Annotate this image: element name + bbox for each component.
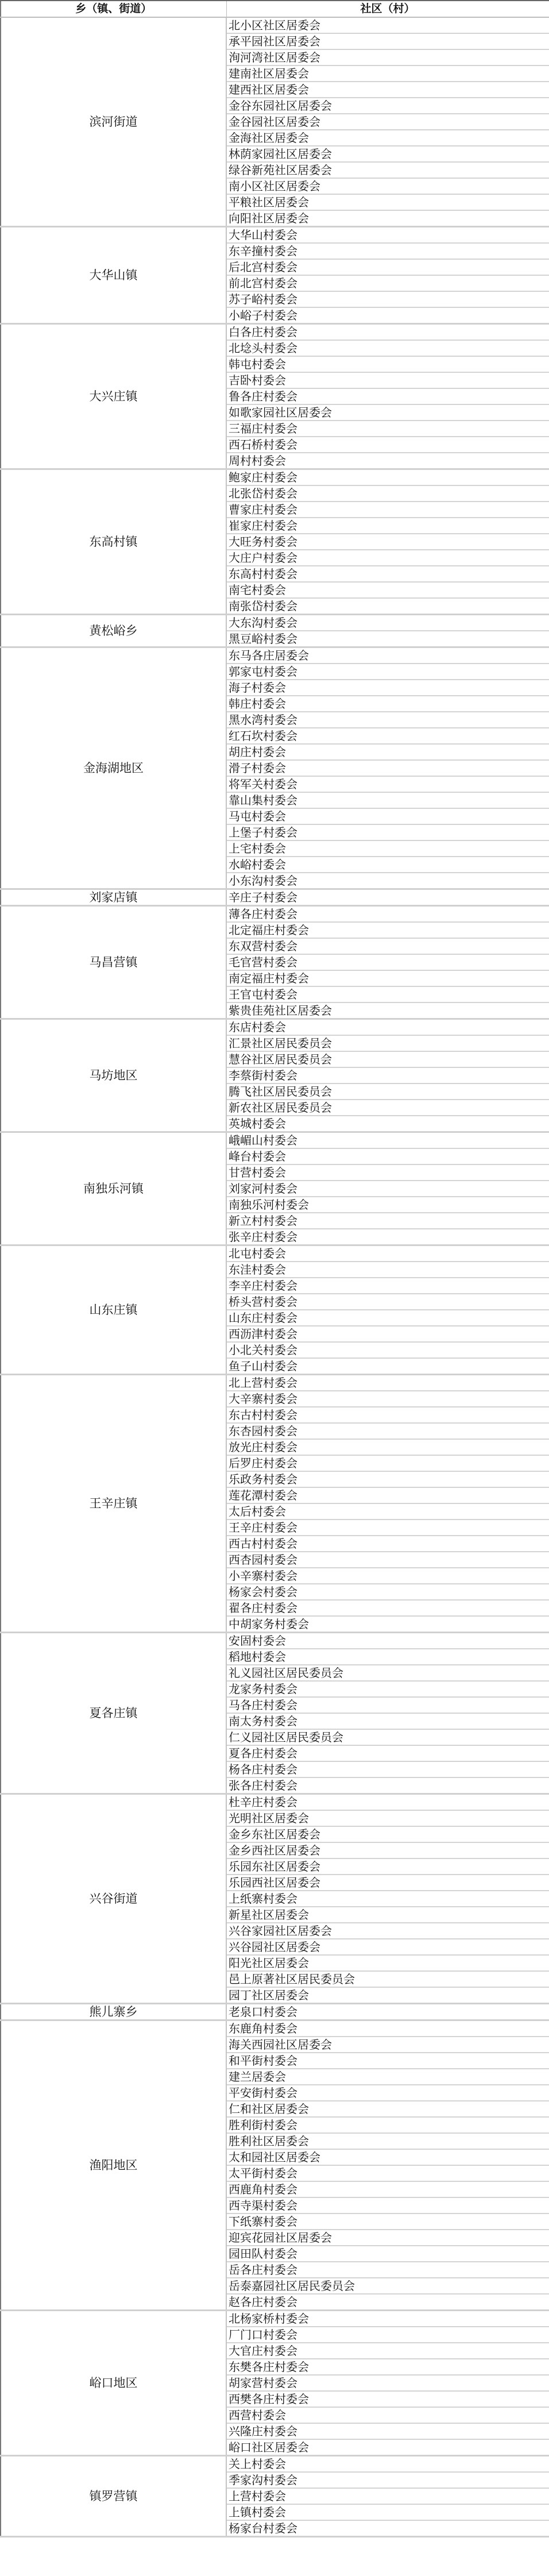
community-cell: 上营村委会	[226, 2488, 549, 2504]
community-cell: 鲁各庄村委会	[226, 388, 549, 404]
community-cell: 东杏园村委会	[226, 1423, 549, 1439]
community-cell: 英城村委会	[226, 1116, 549, 1132]
township-cell: 熊儿寨乡	[1, 2004, 226, 2020]
township-cell: 马昌营镇	[1, 906, 226, 1019]
community-cell: 建兰居委会	[226, 2069, 549, 2085]
community-cell: 海子村委会	[226, 680, 549, 696]
community-cell: 光明社区居委会	[226, 1810, 549, 1826]
community-cell: 后北宫村委会	[226, 259, 549, 275]
community-cell: 李蔡街村委会	[226, 1067, 549, 1083]
community-cell: 金乡东社区居委会	[226, 1826, 549, 1842]
community-cell: 北定福庄村委会	[226, 922, 549, 938]
township-cell: 大华山镇	[1, 227, 226, 324]
community-cell: 杜辛庄村委会	[226, 1794, 549, 1811]
table-row: 大华山镇大华山村委会	[1, 227, 549, 244]
community-cell: 安固村委会	[226, 1633, 549, 1649]
community-cell: 小辛寨村委会	[226, 1568, 549, 1584]
community-cell: 乐园西社区居委会	[226, 1875, 549, 1891]
community-cell: 南太务村委会	[226, 1713, 549, 1729]
community-cell: 韩屯村委会	[226, 356, 549, 372]
community-cell: 上宅村委会	[226, 840, 549, 857]
township-cell: 王辛庄镇	[1, 1375, 226, 1633]
township-cell: 山东庄镇	[1, 1245, 226, 1375]
header-row: 乡（镇、街道） 社区（村）	[1, 1, 549, 17]
community-cell: 西营村委会	[226, 2407, 549, 2423]
community-cell: 西沥津村委会	[226, 1326, 549, 1342]
community-cell: 北上营村委会	[226, 1375, 549, 1391]
township-cell: 南独乐河镇	[1, 1132, 226, 1245]
community-cell: 马屯村委会	[226, 808, 549, 824]
community-cell: 甘营村委会	[226, 1164, 549, 1181]
community-cell: 胜利社区居委会	[226, 2133, 549, 2149]
community-cell: 大东沟村委会	[226, 615, 549, 631]
community-cell: 东鹿角村委会	[226, 2020, 549, 2037]
community-cell: 西樊各庄村委会	[226, 2391, 549, 2407]
community-cell: 小峪子村委会	[226, 307, 549, 324]
community-cell: 仁义园社区居民委员会	[226, 1729, 549, 1745]
community-cell: 刘家河村委会	[226, 1181, 549, 1197]
township-cell: 黄松峪乡	[1, 615, 226, 647]
community-cell: 靠山集村委会	[226, 792, 549, 808]
community-cell: 峨嵋山村委会	[226, 1132, 549, 1149]
community-cell: 老泉口村委会	[226, 2004, 549, 2020]
community-cell: 大旺务村委会	[226, 534, 549, 550]
community-cell: 礼义园社区居民委员会	[226, 1665, 549, 1681]
community-cell: 西鹿角村委会	[226, 2181, 549, 2197]
township-cell: 马坊地区	[1, 1019, 226, 1132]
community-cell: 东店村委会	[226, 1019, 549, 1036]
table-row: 王辛庄镇北上营村委会	[1, 1375, 549, 1391]
community-cell: 下纸寨村委会	[226, 2213, 549, 2230]
community-cell: 兴隆庄村委会	[226, 2423, 549, 2439]
community-cell: 金乡西社区居委会	[226, 1842, 549, 1858]
community-cell: 东高村村委会	[226, 566, 549, 582]
community-cell: 和平街村委会	[226, 2053, 549, 2069]
community-cell: 东双营村委会	[226, 938, 549, 954]
table-row: 大兴庄镇白各庄村委会	[1, 324, 549, 341]
community-cell: 迎宾花园社区居委会	[226, 2230, 549, 2246]
community-cell: 关上村委会	[226, 2456, 549, 2473]
community-cell: 绿谷新苑社区居委会	[226, 162, 549, 178]
community-cell: 水峪村委会	[226, 857, 549, 873]
community-cell: 北杨家桥村委会	[226, 2311, 549, 2327]
community-cell: 园丁社区居委会	[226, 1987, 549, 2004]
community-cell: 胡庄村委会	[226, 744, 549, 760]
community-cell: 太平街村委会	[226, 2165, 549, 2181]
table-row: 峪口地区北杨家桥村委会	[1, 2311, 549, 2327]
community-cell: 东马各庄居委会	[226, 647, 549, 664]
community-cell: 东辛撞村委会	[226, 243, 549, 259]
community-cell: 白各庄村委会	[226, 324, 549, 341]
community-cell: 北屯村委会	[226, 1245, 549, 1262]
community-cell: 新农社区居民委员会	[226, 1100, 549, 1116]
township-community-table: 乡（镇、街道） 社区（村） 滨河街道北小区社区居委会承平园社区居委会洵河湾社区居…	[0, 0, 549, 2538]
community-cell: 新立村村委会	[226, 1213, 549, 1229]
community-cell: 平安街村委会	[226, 2085, 549, 2101]
community-cell: 韩庄村委会	[226, 696, 549, 712]
community-cell: 滑子村委会	[226, 760, 549, 776]
community-cell: 大官庄村委会	[226, 2343, 549, 2359]
community-cell: 周村村委会	[226, 453, 549, 469]
community-cell: 南定福庄村委会	[226, 970, 549, 986]
community-cell: 腾飞社区居民委员会	[226, 1083, 549, 1100]
township-cell: 大兴庄镇	[1, 324, 226, 469]
community-cell: 金谷园社区居委会	[226, 114, 549, 130]
community-cell: 曹家庄村委会	[226, 502, 549, 518]
community-cell: 兴谷园社区居委会	[226, 1939, 549, 1955]
community-cell: 北小区社区居委会	[226, 17, 549, 33]
table-row: 金海湖地区东马各庄居委会	[1, 647, 549, 664]
community-cell: 马各庄村委会	[226, 1697, 549, 1713]
community-cell: 峰台村委会	[226, 1148, 549, 1164]
table-row: 夏各庄镇安固村委会	[1, 1633, 549, 1649]
township-cell: 刘家店镇	[1, 889, 226, 906]
community-cell: 王辛庄村委会	[226, 1520, 549, 1536]
township-cell: 金海湖地区	[1, 647, 226, 889]
community-cell: 东洼村委会	[226, 1262, 549, 1278]
header-township: 乡（镇、街道）	[1, 1, 226, 17]
table-row: 黄松峪乡大东沟村委会	[1, 615, 549, 631]
community-cell: 南小区社区居委会	[226, 178, 549, 194]
community-cell: 杨各庄村委会	[226, 1761, 549, 1777]
table-row: 马坊地区东店村委会	[1, 1019, 549, 1036]
table-row: 镇罗营镇关上村委会	[1, 2456, 549, 2473]
community-cell: 季家沟村委会	[226, 2472, 549, 2488]
community-cell: 大辛寨村委会	[226, 1391, 549, 1407]
community-cell: 李辛庄村委会	[226, 1278, 549, 1294]
community-cell: 后罗庄村委会	[226, 1455, 549, 1471]
community-cell: 南宅村委会	[226, 582, 549, 598]
community-cell: 毛官营村委会	[226, 954, 549, 970]
community-cell: 山东庄村委会	[226, 1310, 549, 1326]
community-cell: 汇景社区居民委员会	[226, 1035, 549, 1051]
community-cell: 黑水湾村委会	[226, 712, 549, 728]
community-cell: 兴谷家园社区居委会	[226, 1923, 549, 1939]
community-cell: 鲍家庄村委会	[226, 469, 549, 486]
community-cell: 胜利街村委会	[226, 2117, 549, 2133]
community-cell: 辛庄子村委会	[226, 889, 549, 906]
community-cell: 承平园社区居委会	[226, 33, 549, 49]
community-cell: 西石桥村委会	[226, 437, 549, 453]
community-cell: 郭家屯村委会	[226, 664, 549, 680]
township-cell: 渔阳地区	[1, 2020, 226, 2311]
table-row: 南独乐河镇峨嵋山村委会	[1, 1132, 549, 1149]
community-cell: 中胡家务村委会	[226, 1616, 549, 1633]
community-cell: 邑上原著社区居民委员会	[226, 1971, 549, 1987]
community-cell: 南独乐河村委会	[226, 1197, 549, 1213]
community-cell: 大庄户村委会	[226, 550, 549, 566]
township-cell: 峪口地区	[1, 2311, 226, 2456]
community-cell: 厂门口村委会	[226, 2327, 549, 2343]
community-cell: 小东沟村委会	[226, 873, 549, 889]
community-cell: 薄各庄村委会	[226, 906, 549, 923]
community-cell: 金谷东园社区居委会	[226, 98, 549, 114]
community-cell: 西古村村委会	[226, 1536, 549, 1552]
community-cell: 鱼子山村委会	[226, 1358, 549, 1375]
community-cell: 放光庄村委会	[226, 1439, 549, 1455]
table-row: 兴谷街道杜辛庄村委会	[1, 1794, 549, 1811]
community-cell: 新星社区居委会	[226, 1907, 549, 1923]
community-cell: 苏子峪村委会	[226, 291, 549, 307]
community-cell: 海关西园社区居委会	[226, 2037, 549, 2053]
township-cell: 东高村镇	[1, 469, 226, 615]
table-row: 渔阳地区东鹿角村委会	[1, 2020, 549, 2037]
community-cell: 三福庄村委会	[226, 421, 549, 437]
community-cell: 向阳社区居委会	[226, 210, 549, 227]
community-cell: 乐园东社区居委会	[226, 1858, 549, 1875]
table-body: 滨河街道北小区社区居委会承平园社区居委会洵河湾社区居委会建南社区居委会建西社区居…	[1, 17, 549, 2537]
table-row: 马昌营镇薄各庄村委会	[1, 906, 549, 923]
community-cell: 东樊各庄村委会	[226, 2359, 549, 2375]
township-cell: 夏各庄镇	[1, 1633, 226, 1794]
community-cell: 前北宫村委会	[226, 275, 549, 291]
community-cell: 仁和社区居委会	[226, 2101, 549, 2117]
community-cell: 东古村村委会	[226, 1407, 549, 1423]
community-cell: 太后村委会	[226, 1503, 549, 1520]
community-cell: 黑豆峪村委会	[226, 631, 549, 647]
community-cell: 张各庄村委会	[226, 1777, 549, 1794]
community-cell: 张辛庄村委会	[226, 1229, 549, 1245]
community-cell: 园田队村委会	[226, 2246, 549, 2262]
community-cell: 夏各庄村委会	[226, 1745, 549, 1761]
community-cell: 赵各庄村委会	[226, 2294, 549, 2311]
table-row: 东高村镇鲍家庄村委会	[1, 469, 549, 486]
community-cell: 红石坎村委会	[226, 728, 549, 744]
community-cell: 崔家庄村委会	[226, 518, 549, 534]
community-cell: 上纸寨村委会	[226, 1891, 549, 1907]
table-row: 滨河街道北小区社区居委会	[1, 17, 549, 33]
community-cell: 翟各庄村委会	[226, 1600, 549, 1616]
community-cell: 如歌家园社区居委会	[226, 404, 549, 421]
community-cell: 金海社区居委会	[226, 130, 549, 146]
community-cell: 岳各庄村委会	[226, 2262, 549, 2278]
community-cell: 大华山村委会	[226, 227, 549, 244]
community-cell: 峪口社区居委会	[226, 2439, 549, 2456]
community-cell: 岳泰嘉园社区居民委员会	[226, 2278, 549, 2294]
community-cell: 北埝头村委会	[226, 340, 549, 356]
table-row: 山东庄镇北屯村委会	[1, 1245, 549, 1262]
table-row: 刘家店镇辛庄子村委会	[1, 889, 549, 906]
community-cell: 北张岱村委会	[226, 485, 549, 502]
community-cell: 西寺渠村委会	[226, 2197, 549, 2213]
community-cell: 桥头营村委会	[226, 1294, 549, 1310]
community-cell: 莲花潭村委会	[226, 1487, 549, 1503]
community-cell: 太和园社区居委会	[226, 2149, 549, 2165]
community-cell: 林荫家园社区居委会	[226, 146, 549, 162]
community-cell: 平粮社区居委会	[226, 194, 549, 210]
community-cell: 稻地村委会	[226, 1649, 549, 1665]
township-cell: 滨河街道	[1, 17, 226, 227]
community-cell: 建南社区居委会	[226, 65, 549, 82]
community-cell: 上镇村委会	[226, 2504, 549, 2520]
community-cell: 洵河湾社区居委会	[226, 49, 549, 65]
community-cell: 小北关村委会	[226, 1342, 549, 1358]
community-cell: 阳光社区居委会	[226, 1955, 549, 1971]
community-cell: 紫贵佳苑社区居委会	[226, 1002, 549, 1019]
table-row: 熊儿寨乡老泉口村委会	[1, 2004, 549, 2020]
community-cell: 西杏园村委会	[226, 1552, 549, 1568]
community-cell: 王官屯村委会	[226, 986, 549, 1002]
community-cell: 将军关村委会	[226, 776, 549, 792]
community-cell: 上堡子村委会	[226, 824, 549, 840]
community-cell: 乐政务村委会	[226, 1471, 549, 1487]
township-cell: 镇罗营镇	[1, 2456, 226, 2537]
township-cell: 兴谷街道	[1, 1794, 226, 2004]
community-cell: 胡家营村委会	[226, 2375, 549, 2391]
header-community: 社区（村）	[226, 1, 549, 17]
community-cell: 建西社区居委会	[226, 82, 549, 98]
community-cell: 吉卧村委会	[226, 372, 549, 388]
community-cell: 杨家台村委会	[226, 2520, 549, 2537]
community-cell: 慧谷社区居民委员会	[226, 1051, 549, 1067]
community-cell: 龙家务村委会	[226, 1681, 549, 1697]
community-cell: 南张岱村委会	[226, 598, 549, 615]
community-cell: 杨家会村委会	[226, 1584, 549, 1600]
